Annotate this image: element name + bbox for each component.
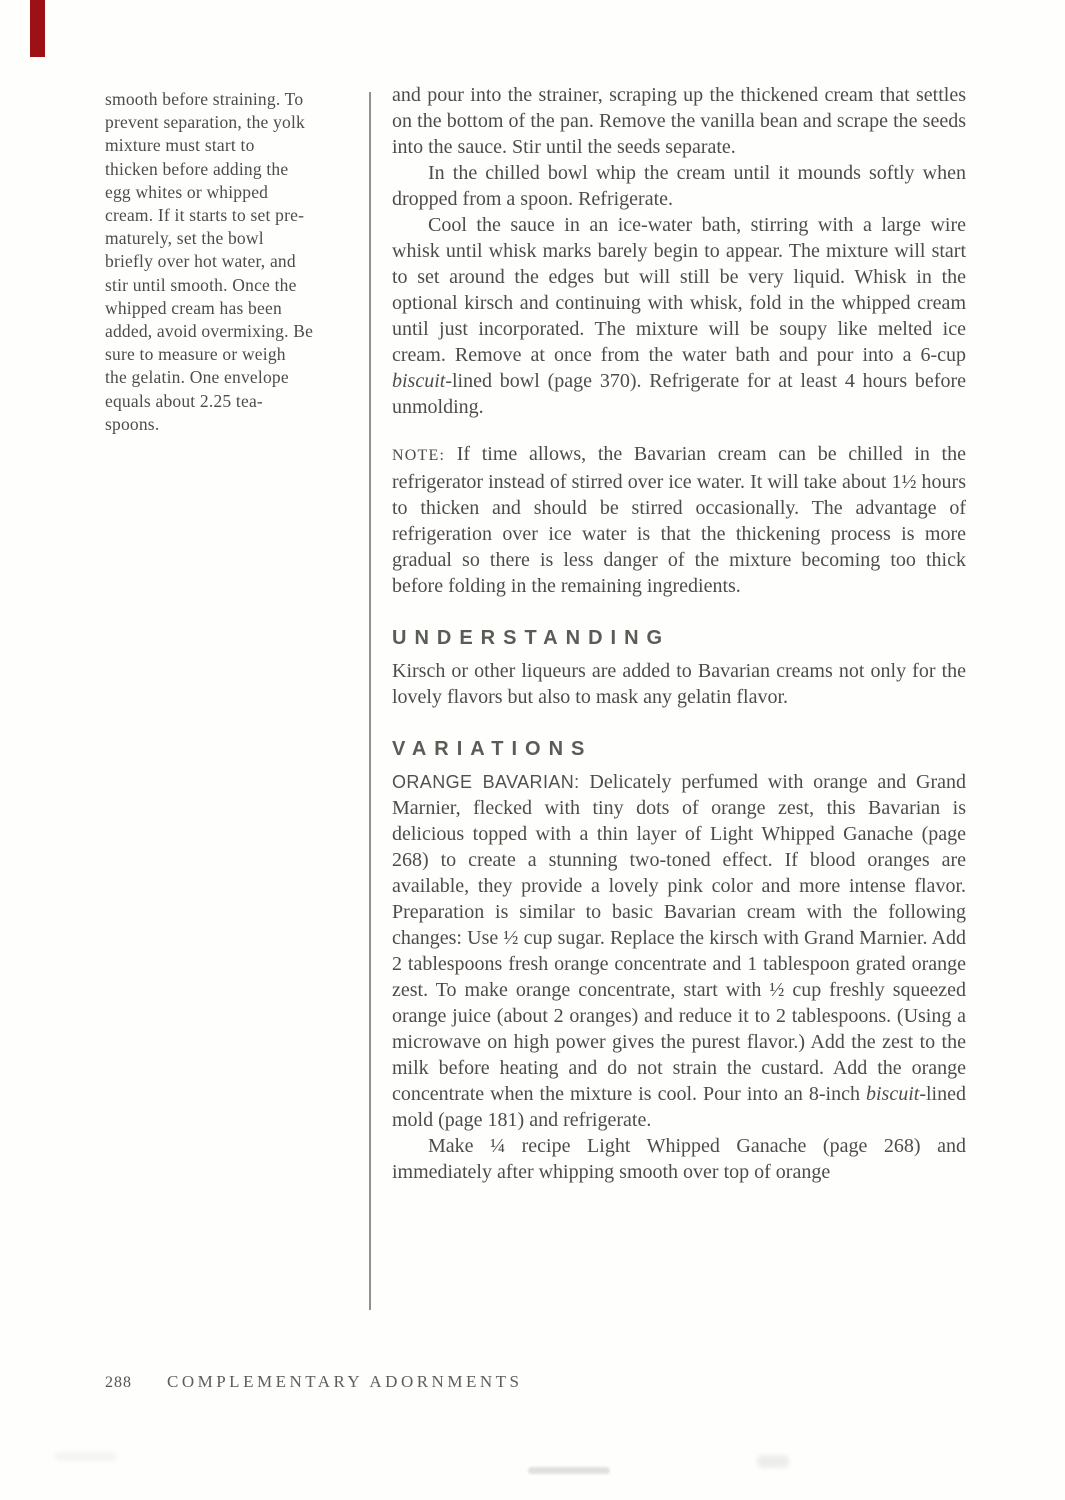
section-heading: UNDERSTANDING [392,625,966,651]
margin-note: smooth before straining. Toprevent separ… [105,88,361,436]
paragraph: In the chilled bowl whip the cream until… [392,160,966,212]
paragraph: Make ¼ recipe Light Whipped Ganache (pag… [392,1133,966,1185]
paragraph: ORANGE BAVARIAN: Delicately perfumed wit… [392,769,966,1133]
paragraph: and pour into the strainer, scraping up … [392,82,966,160]
main-text-column: and pour into the strainer, scraping up … [392,82,966,1185]
paragraph: NOTE: If time allows, the Bavarian cream… [392,441,966,599]
scan-smudge [757,1455,789,1468]
section-heading: VARIATIONS [392,736,966,762]
book-page: smooth before straining. Toprevent separ… [0,0,1065,1500]
column-divider-rule [369,92,371,1310]
paragraph: Cool the sauce in an ice-water bath, sti… [392,212,966,420]
scan-smudge [55,1452,117,1461]
red-bookmark-mark [30,0,45,57]
page-number: 288 [105,1374,132,1391]
paragraph: Kirsch or other liqueurs are added to Ba… [392,658,966,710]
page-footer: 288COMPLEMENTARY ADORNMENTS [105,1372,985,1392]
scan-smudge [528,1467,610,1474]
running-head: COMPLEMENTARY ADORNMENTS [167,1372,522,1391]
